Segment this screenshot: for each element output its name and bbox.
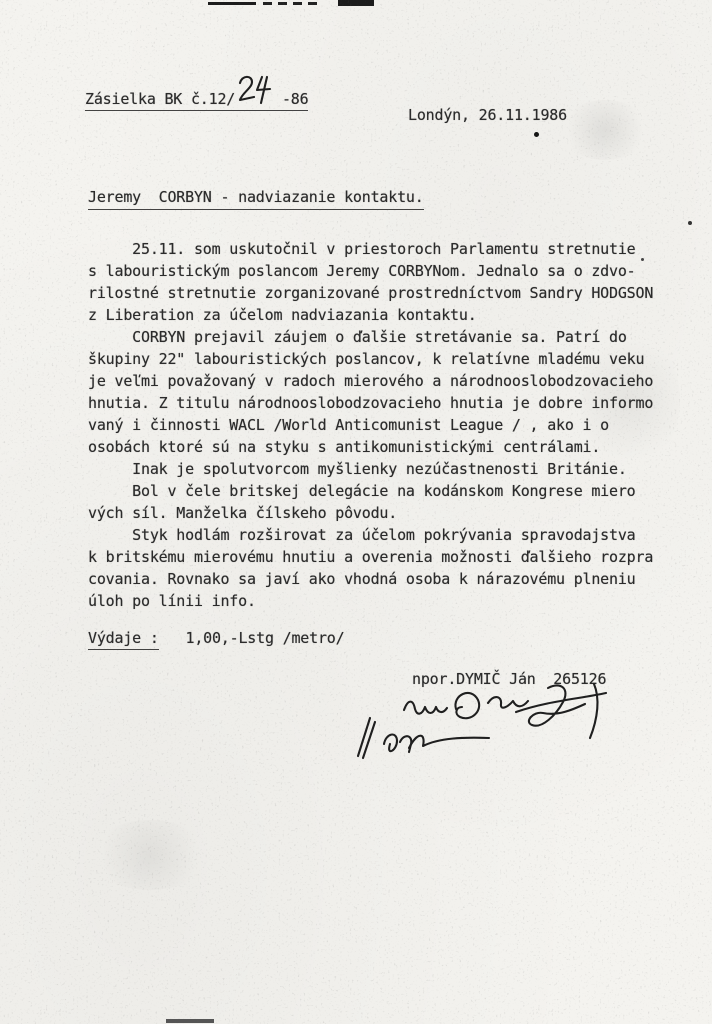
reference-suffix: -86 — [273, 90, 308, 108]
body-line: rilostné stretnutie zorganizované prostr… — [88, 282, 653, 304]
subject-line: Jeremy CORBYN - nadviazanie kontaktu. — [88, 188, 424, 210]
reference-number-line: Zásielka BK č.12/ -86 — [85, 78, 308, 111]
body-line: 25.11. som uskutočnil v priestoroch Parl… — [88, 238, 653, 260]
expenses-label: Výdaje : — [88, 629, 159, 650]
scan-smudge — [90, 820, 210, 890]
report-body: 25.11. som uskutočnil v priestoroch Parl… — [88, 238, 653, 612]
scan-artifact-top-dashes — [263, 2, 321, 5]
body-line: s labouristickým poslancom Jeremy CORBYN… — [88, 260, 653, 282]
scan-artifact-top-bar — [208, 2, 256, 5]
expenses-line: Výdaje : 1,00,-Lstg /metro/ — [88, 628, 344, 650]
body-line: Styk hodlám rozširovat za účelom pokrýva… — [88, 524, 653, 546]
expenses-value: 1,00,-Lstg /metro/ — [177, 629, 345, 647]
body-line: hnutia. Z titulu národnooslobodzovacieho… — [88, 392, 653, 414]
body-line: k britskému mierovému hnutiu a overenia … — [88, 546, 653, 568]
handwritten-initials — [346, 712, 496, 774]
ink-speck — [688, 221, 692, 225]
body-line: osobách ktoré sú na styku s antikomunist… — [88, 436, 653, 458]
body-line: vých síl. Manželka čílskeho pôvodu. — [88, 502, 653, 524]
handwritten-number — [235, 74, 273, 104]
body-line: úloh po línii info. — [88, 590, 653, 612]
body-line: z Liberation za účelom nadviazania konta… — [88, 304, 653, 326]
dateline: Londýn, 26.11.1986 — [408, 106, 567, 124]
body-line: CORBYN prejavil záujem o ďalšie stretáva… — [88, 326, 653, 348]
scanned-document-page: Zásielka BK č.12/ -86 Londýn, 26.11.1986… — [0, 0, 712, 1024]
scan-smudge — [560, 100, 650, 160]
body-line: Inak je spolutvorcom myšlienky nezúčastn… — [88, 458, 653, 480]
scan-artifact-bottom-bar — [166, 1019, 214, 1023]
body-line: škupiny 22" labouristických poslancov, k… — [88, 348, 653, 370]
handwritten-number-24-strokes — [235, 74, 273, 104]
scan-artifact-top-block — [338, 0, 374, 6]
body-line: Bol v čele britskej delegácie na kodánsk… — [88, 480, 653, 502]
body-line: covania. Rovnako sa javí ako vhodná osob… — [88, 568, 653, 590]
body-line: je veľmi považovaný v radoch mierového a… — [88, 370, 653, 392]
reference-prefix: Zásielka BK č.12/ — [85, 90, 235, 108]
body-line: vaný i činnosti WACL /World Anticomunist… — [88, 414, 653, 436]
ink-speck — [534, 132, 539, 137]
